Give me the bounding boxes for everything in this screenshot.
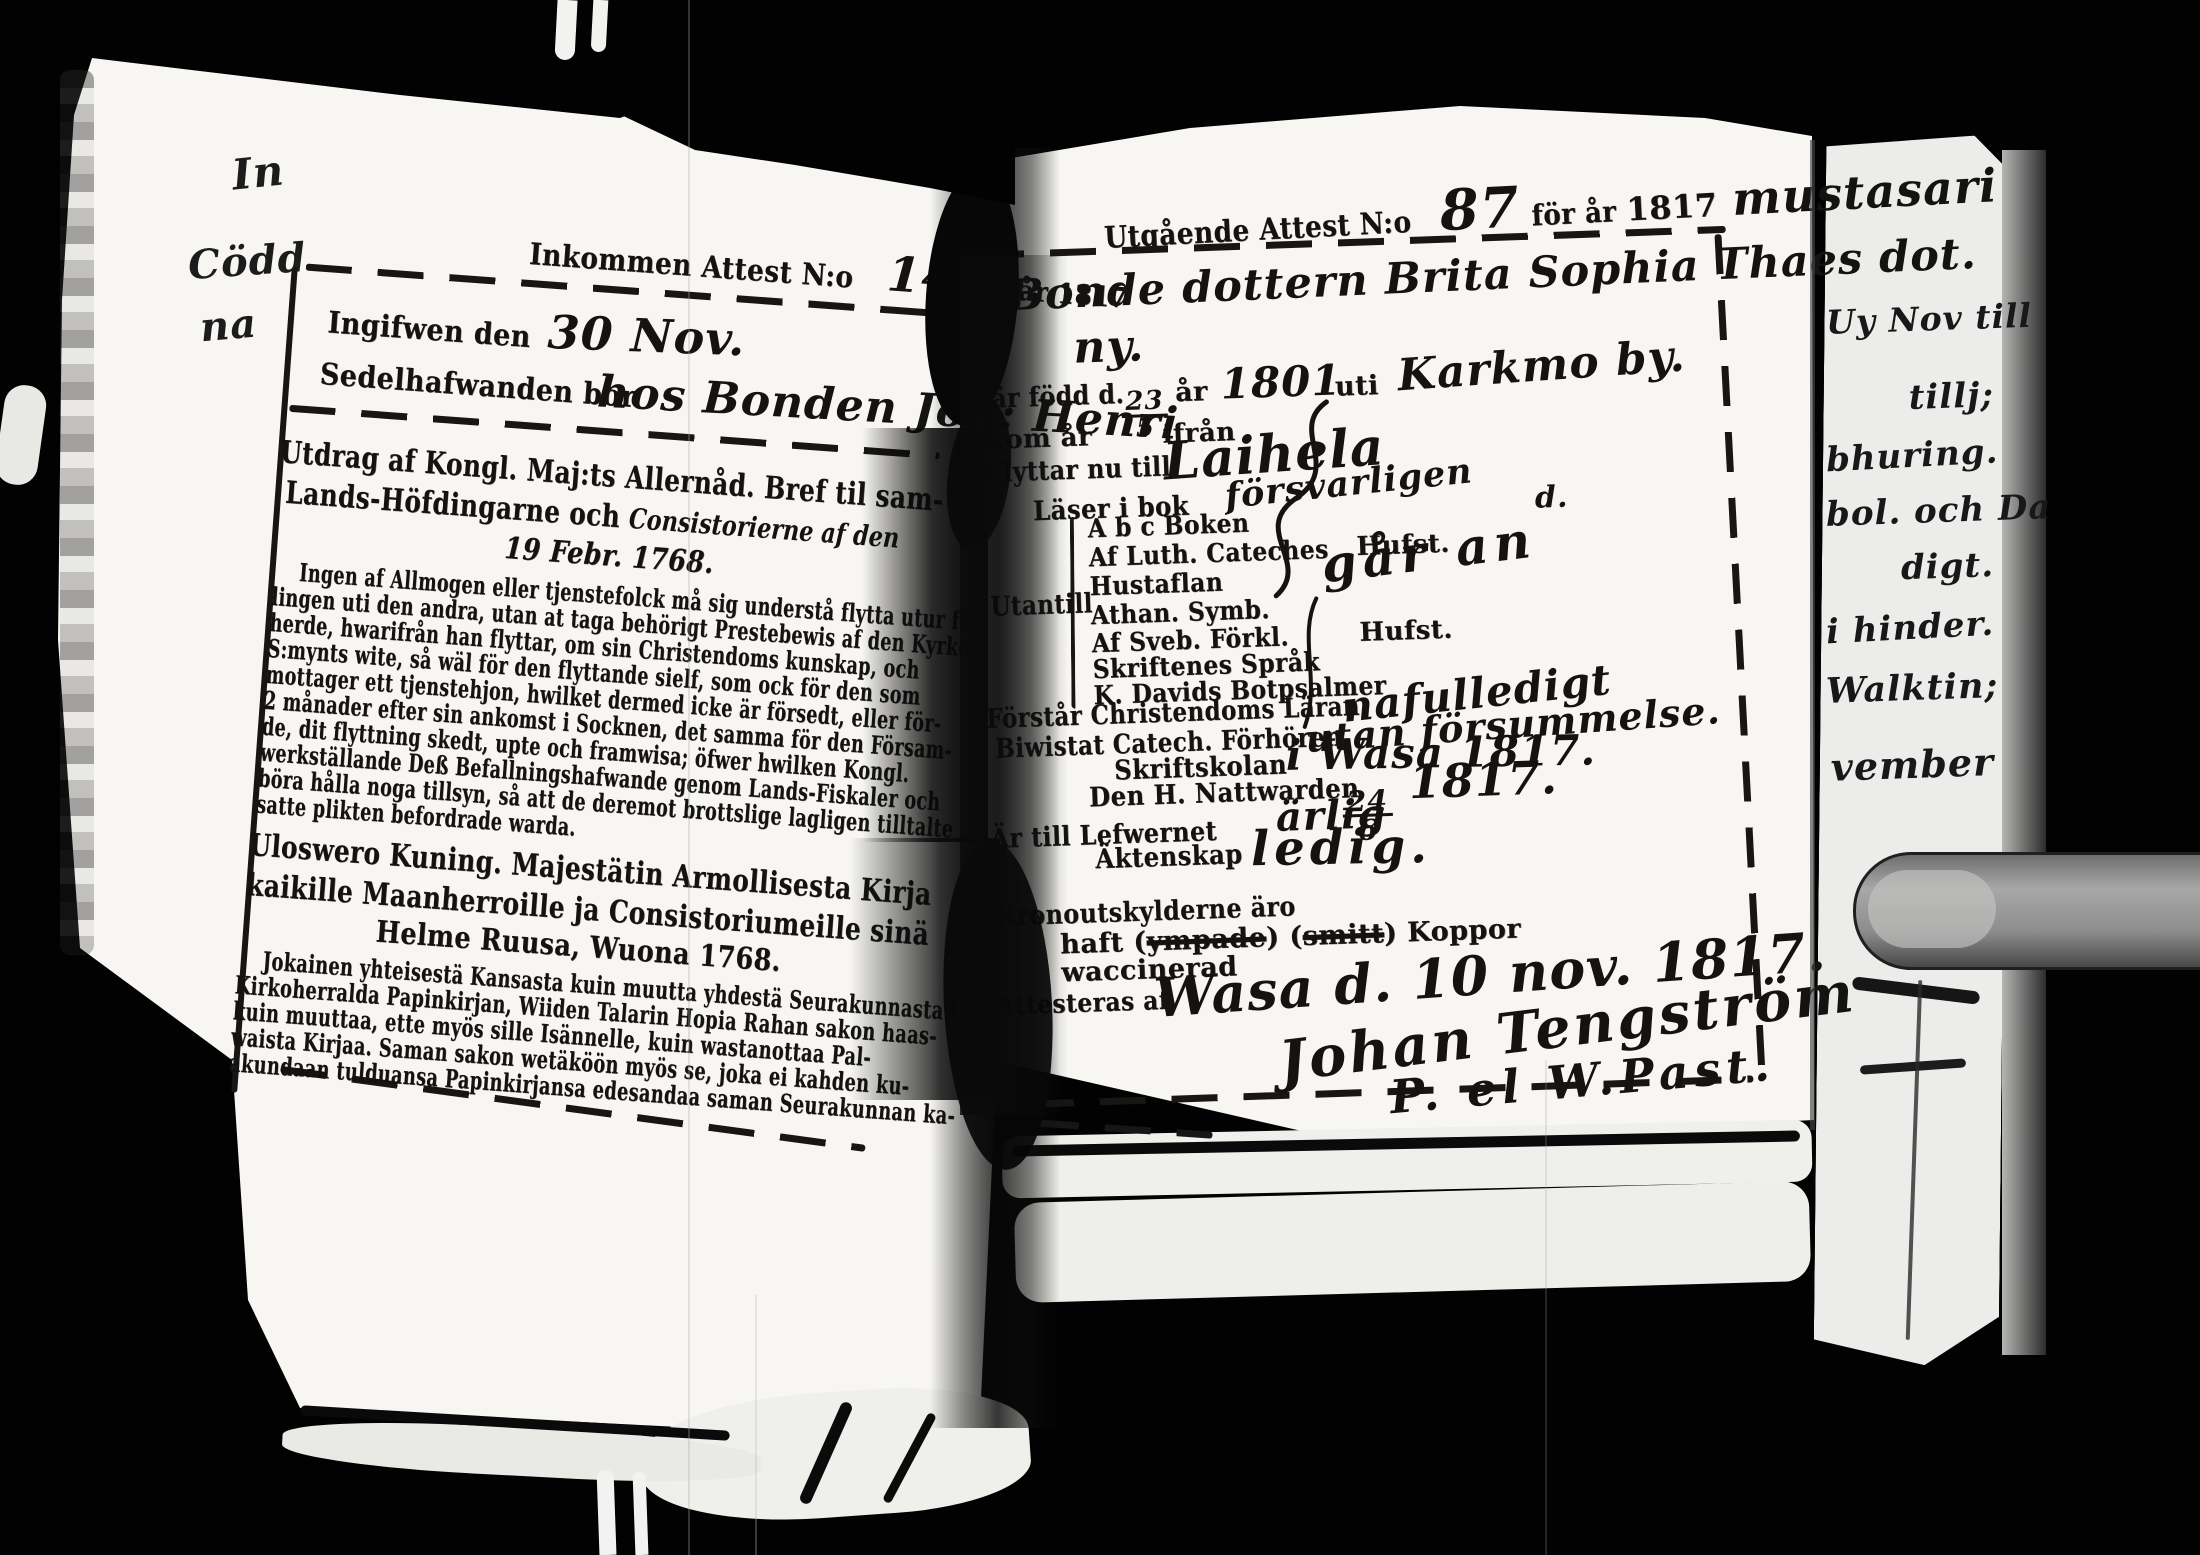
film-scratch-line-1 (688, 0, 690, 1555)
film-sprocket-mark-top-2 (591, 0, 609, 52)
born-mid-label: år (1174, 376, 1208, 408)
right-fragment: vember (1825, 739, 1994, 790)
left-fragment-3: na (198, 300, 259, 352)
right-fragment: Walktin; (1825, 665, 1994, 712)
annotation-small: d. (1534, 480, 1569, 516)
born-month: 5 (1135, 417, 1155, 442)
ingifwen-label: Ingifwen den (326, 305, 532, 355)
right-form: Bonde dottern Brita Sophia Thaes dot. ny… (978, 225, 1778, 1131)
koppor-mid: ) ( (1266, 921, 1304, 953)
right-fragment: tillj; (1825, 375, 1994, 421)
koppor-struck-smitt: smitt (1302, 918, 1385, 952)
film-sprocket-mark-top-1 (554, 0, 577, 60)
right-page-edge-shadow (1810, 140, 1815, 1130)
right-fragment: digt. (1825, 545, 1994, 591)
book-clasp-tip-highlight (1868, 870, 1996, 948)
film-sprocket-mark-bottom-1 (597, 1470, 617, 1555)
sedelhafwanden-label: Sedelhafwanden bor (319, 357, 637, 415)
film-scratch-line-3 (1545, 1060, 1547, 1555)
right-fragment: bol. och Da (1825, 489, 1994, 535)
aktenskap-value: ledig. (1251, 818, 1433, 877)
ingifwen-value: 30 Nov. (547, 305, 747, 367)
born-place: Karkmo by. (1396, 330, 1687, 401)
reading-grade-2: Hufst. (1359, 615, 1453, 648)
right-fragment: Uy Nov till (1825, 297, 1994, 342)
under-page-band-right-2 (1014, 1181, 1811, 1303)
right-form-left-speckle (960, 255, 1068, 1115)
right-header-middle: för år (1530, 194, 1617, 232)
left-page-edge-speckle (60, 70, 94, 955)
aktenskap-label: Äktenskap (1095, 839, 1243, 875)
right-header-place: mustasari (1731, 158, 1999, 226)
right-header-year: 1817 (1625, 186, 1718, 229)
film-scratch-line-2 (755, 1295, 757, 1555)
scanned-church-record: In Cödd na Inkommen Attest N:o 14 för år… (0, 0, 2200, 1555)
left-fragment-1: In (230, 145, 287, 199)
nattwarden-year: 1817. (1408, 750, 1559, 809)
